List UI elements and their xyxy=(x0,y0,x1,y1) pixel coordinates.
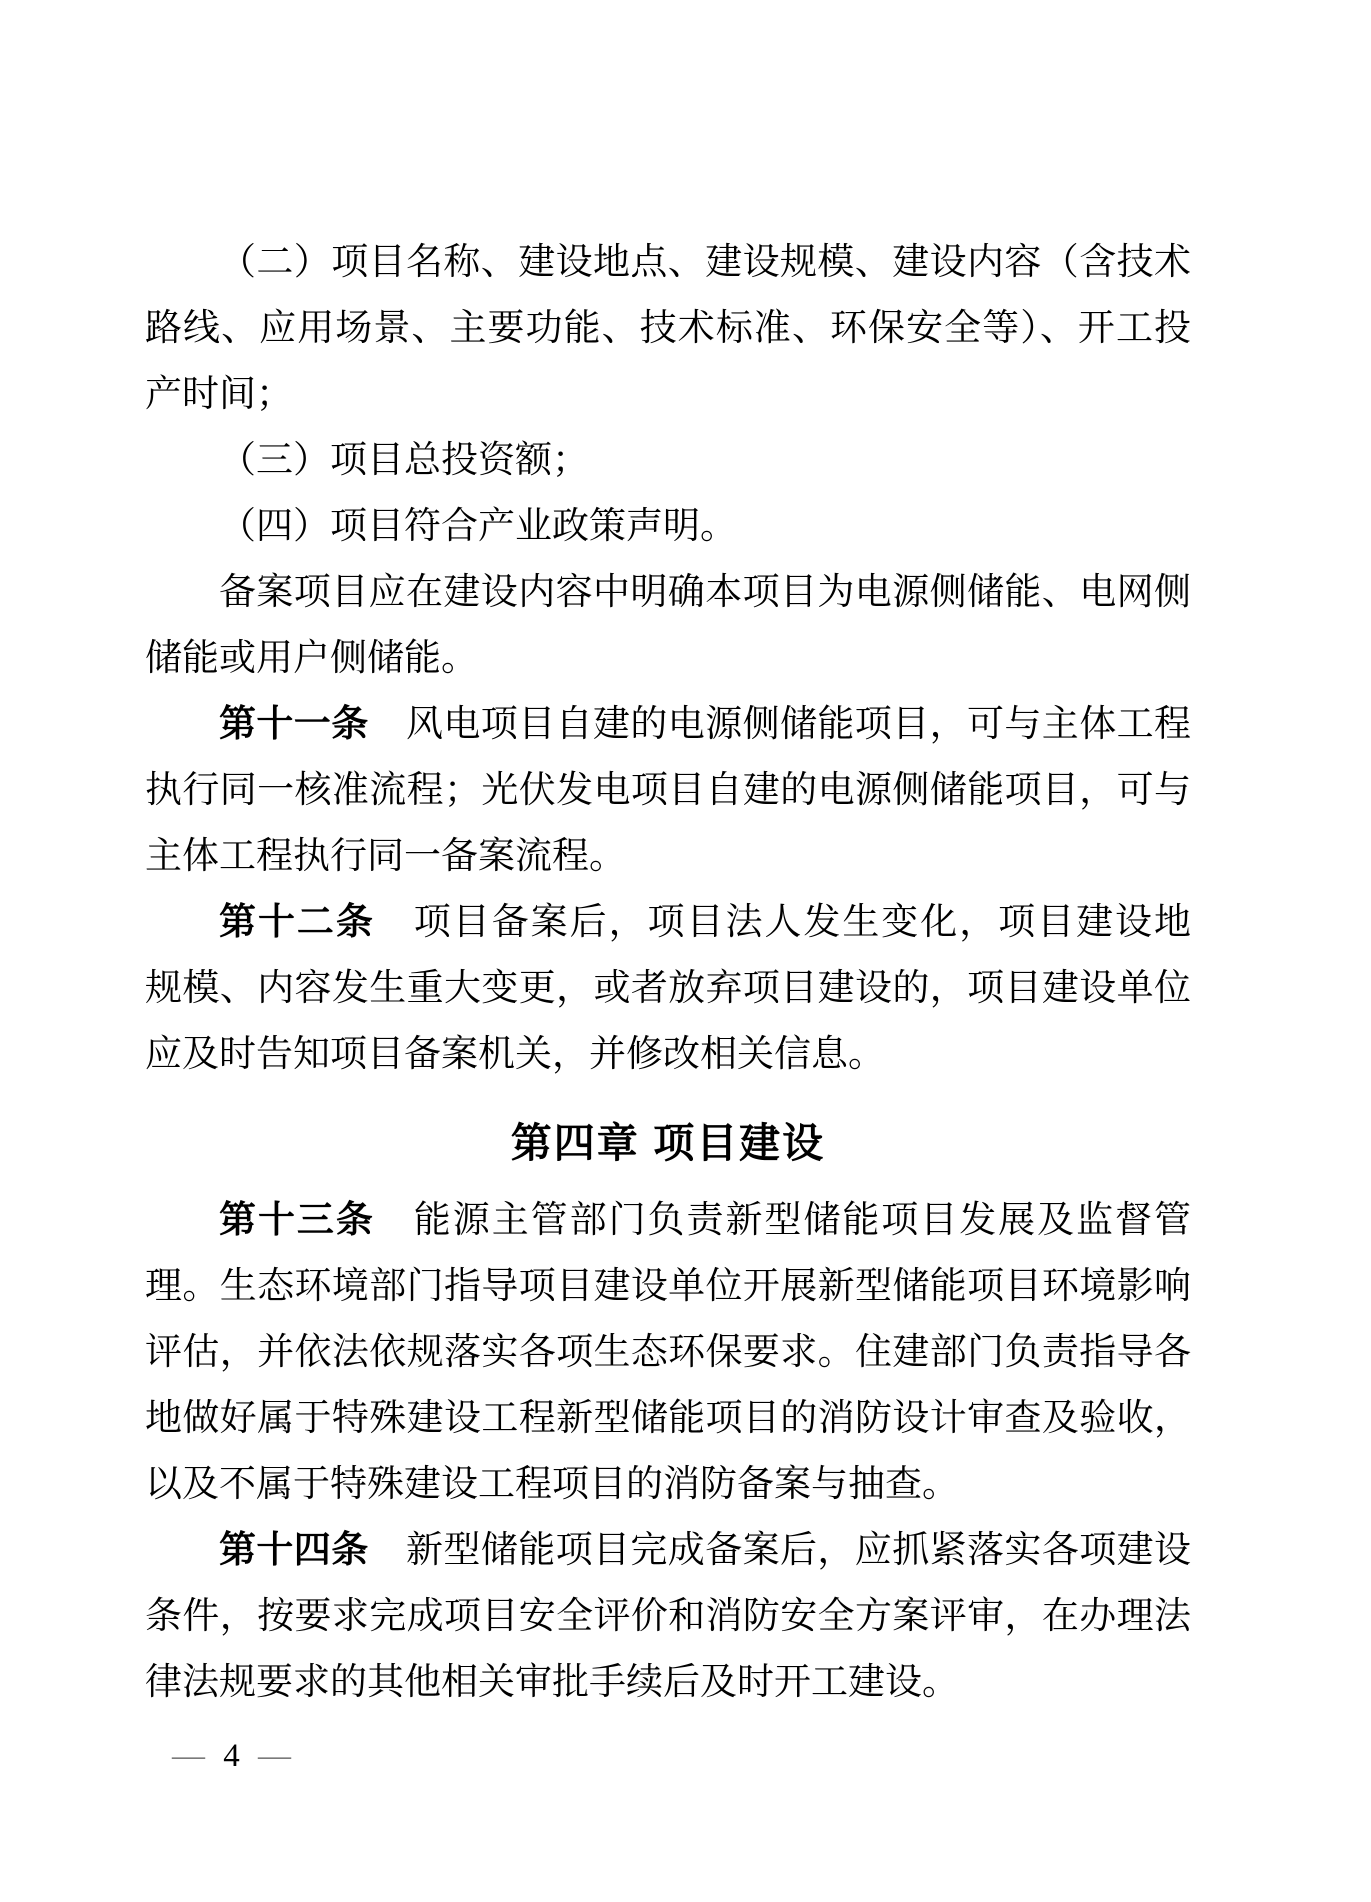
text-line: （三）项目总投资额； xyxy=(145,428,1191,494)
article-number: 第十二条 xyxy=(219,902,375,943)
text-segment: 新型储能项目完成备案后，应抓紧落实各项建设 xyxy=(369,1530,1191,1571)
text-segment: 备案项目应在建设内容中明确本项目为电源侧储能、电网侧 xyxy=(219,572,1191,613)
document-page: （二）项目名称、建设地点、建设规模、建设内容（含技术路线、应用场景、主要功能、技… xyxy=(0,0,1371,1902)
text-line: 理。生态环境部门指导项目建设单位开展新型储能项目环境影响 xyxy=(145,1254,1191,1320)
text-line: 第十三条 能源主管部门负责新型储能项目发展及监督管 xyxy=(145,1188,1191,1254)
page-number: 4 xyxy=(223,1738,240,1774)
text-line: 第十一条 风电项目自建的电源侧储能项目，可与主体工程 xyxy=(145,692,1191,758)
text-segment: 执行同一核准流程；光伏发电项目自建的电源侧储能项目，可与 xyxy=(145,770,1191,811)
text-line: 路线、应用场景、主要功能、技术标准、环保安全等）、开工投 xyxy=(145,296,1191,362)
text-line: 储能或用户侧储能。 xyxy=(145,626,1191,692)
footer-right-dash: — xyxy=(258,1738,291,1774)
text-segment: 评估，并依法依规落实各项生态环保要求。住建部门负责指导各 xyxy=(145,1332,1191,1373)
text-segment: 产时间； xyxy=(145,374,293,415)
text-line: 主体工程执行同一备案流程。 xyxy=(145,824,1191,890)
text-line: 第十二条 项目备案后，项目法人发生变化，项目建设地点、 xyxy=(145,890,1191,956)
text-line: 备案项目应在建设内容中明确本项目为电源侧储能、电网侧 xyxy=(145,560,1191,626)
text-line: 评估，并依法依规落实各项生态环保要求。住建部门负责指导各 xyxy=(145,1320,1191,1386)
text-segment: 风电项目自建的电源侧储能项目，可与主体工程 xyxy=(369,704,1191,745)
text-line: （四）项目符合产业政策声明。 xyxy=(145,494,1191,560)
article-number: 第十三条 xyxy=(219,1200,375,1241)
text-line: 规模、内容发生重大变更，或者放弃项目建设的，项目建设单位 xyxy=(145,956,1191,1022)
text-line: 地做好属于特殊建设工程新型储能项目的消防设计审查及验收， xyxy=(145,1386,1191,1452)
footer-left-dash: — xyxy=(172,1738,205,1774)
text-segment: 地做好属于特殊建设工程新型储能项目的消防设计审查及验收， xyxy=(145,1398,1191,1439)
page-footer: — 4 — xyxy=(172,1736,291,1776)
text-line: 应及时告知项目备案机关，并修改相关信息。 xyxy=(145,1022,1191,1088)
article-number: 第十四条 xyxy=(219,1530,369,1571)
text-line: 产时间； xyxy=(145,362,1191,428)
article-number: 第十一条 xyxy=(219,704,369,745)
text-segment: 条件，按要求完成项目安全评价和消防安全方案评审，在办理法 xyxy=(145,1596,1191,1637)
text-segment: 以及不属于特殊建设工程项目的消防备案与抽查。 xyxy=(145,1464,959,1505)
text-line: 条件，按要求完成项目安全评价和消防安全方案评审，在办理法 xyxy=(145,1584,1191,1650)
chapter-heading: 第四章 项目建设 xyxy=(145,1110,1191,1176)
text-segment: 路线、应用场景、主要功能、技术标准、环保安全等）、开工投 xyxy=(145,308,1191,349)
text-segment: （四）项目符合产业政策声明。 xyxy=(219,506,737,547)
text-segment: 理。生态环境部门指导项目建设单位开展新型储能项目环境影响 xyxy=(145,1266,1191,1307)
text-segment: 储能或用户侧储能。 xyxy=(145,638,478,679)
text-line: （二）项目名称、建设地点、建设规模、建设内容（含技术 xyxy=(145,230,1191,296)
text-line: 以及不属于特殊建设工程项目的消防备案与抽查。 xyxy=(145,1452,1191,1518)
text-segment: 律法规要求的其他相关审批手续后及时开工建设。 xyxy=(145,1662,959,1703)
text-segment: 主体工程执行同一备案流程。 xyxy=(145,836,626,877)
document-content: （二）项目名称、建设地点、建设规模、建设内容（含技术路线、应用场景、主要功能、技… xyxy=(145,230,1191,1716)
text-segment: （二）项目名称、建设地点、建设规模、建设内容（含技术 xyxy=(219,242,1191,283)
text-line: 第十四条 新型储能项目完成备案后，应抓紧落实各项建设 xyxy=(145,1518,1191,1584)
text-segment: （三）项目总投资额； xyxy=(219,440,589,481)
text-line: 律法规要求的其他相关审批手续后及时开工建设。 xyxy=(145,1650,1191,1716)
text-segment: 能源主管部门负责新型储能项目发展及监督管 xyxy=(375,1200,1191,1241)
text-line: 执行同一核准流程；光伏发电项目自建的电源侧储能项目，可与 xyxy=(145,758,1191,824)
text-segment: 规模、内容发生重大变更，或者放弃项目建设的，项目建设单位 xyxy=(145,968,1191,1009)
text-segment: 应及时告知项目备案机关，并修改相关信息。 xyxy=(145,1034,885,1075)
